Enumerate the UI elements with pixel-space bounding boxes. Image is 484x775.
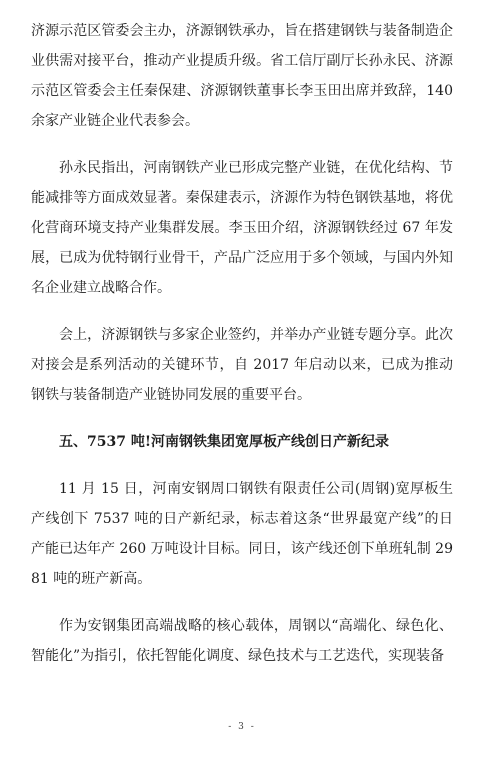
- page-number: - 3 -: [0, 722, 484, 732]
- document-body: 济源示范区管委会主办，济源钢铁承办，旨在搭建钢铁与装备制造企业供需对接平台，推动…: [0, 0, 484, 775]
- section-heading: 五、7537 吨!河南钢铁集团宽厚板产线创日产新纪录: [31, 427, 453, 457]
- paragraph-continuation: 济源示范区管委会主办，济源钢铁承办，旨在搭建钢铁与装备制造企业供需对接平台，推动…: [31, 16, 453, 136]
- paragraph: 会上，济源钢铁与多家企业签约，并举办产业链专题分享。此次对接会是系列活动的关键环…: [31, 320, 453, 410]
- document-page: { "document": { "language": "zh-CN", "ba…: [0, 0, 484, 775]
- paragraph: 11 月 15 日，河南安钢周口钢铁有限责任公司(周钢)宽厚板生产线创下 753…: [31, 474, 453, 594]
- paragraph: 孙永民指出，河南钢铁产业已形成完整产业链，在优化结构、节能减排等方面成效显著。秦…: [31, 153, 453, 303]
- paragraph: 作为安钢集团高端战略的核心载体，周钢以“高端化、绿色化、智能化”为指引，依托智能…: [31, 611, 453, 671]
